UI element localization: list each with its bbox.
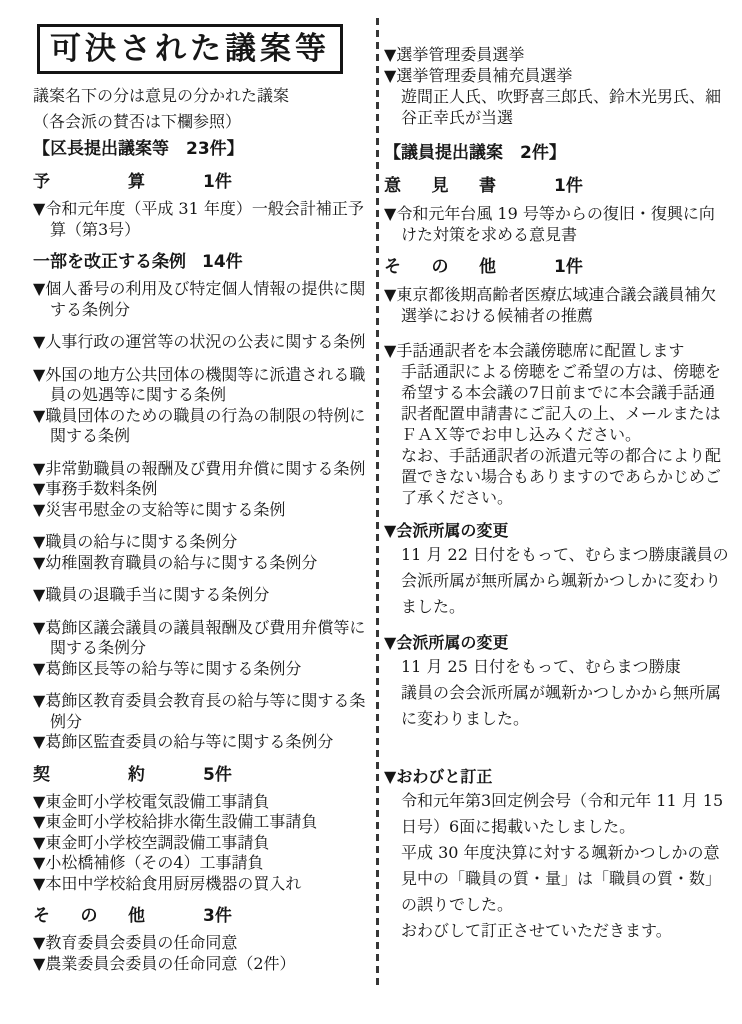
agenda-item: ▼選挙管理委員選挙 [384, 44, 716, 65]
agenda-item-line-text: 東金町小学校電気設備工事請負 [45, 792, 269, 811]
item-group: ▼東京都後期高齢者医療広域連合議会議員補欠選挙における候補者の推薦 [384, 284, 716, 326]
item-group: ▼非常勤職員の報酬及び費用弁償に関する条例▼事務手数料条例▼災害弔慰金の支給等に… [33, 459, 355, 521]
notice-body-line: 了承ください。 [384, 487, 716, 508]
triangle-marker-icon: ▼ [33, 479, 45, 498]
triangle-marker-icon: ▼ [33, 659, 45, 678]
triangle-marker-icon: ▼ [384, 285, 396, 304]
agenda-item-line-text: 職員の退職手当に関する条例分 [45, 585, 269, 604]
bracket-header: 【議員提出議案 2件】 [384, 142, 716, 164]
triangle-marker-icon: ▼ [33, 853, 45, 872]
section-label-char: そ [33, 906, 50, 927]
section-count: 14件 [202, 252, 243, 273]
triangle-marker-icon: ▼ [33, 812, 45, 831]
section-label-char: 他 [128, 906, 145, 927]
note-header-text: 会派所属の変更 [396, 633, 508, 652]
agenda-item-line-text: 災害弔慰金の支給等に関する条例 [45, 500, 285, 519]
note-body-line: 日号）6面に掲載いたしました。 [384, 814, 716, 840]
agenda-item-line-text: 東金町小学校空調設備工事請負 [45, 833, 269, 852]
agenda-item-line: 谷正幸氏が当選 [384, 107, 716, 128]
notice-title-text: 手話通訳者を本会議傍聴席に配置します [396, 341, 684, 360]
agenda-item: ▼教育委員会委員の任命同意 [33, 933, 355, 954]
section-label: その他 [384, 257, 496, 278]
bracket-header-mayor-bills: 【区長提出議案等 23件】 [33, 138, 355, 160]
agenda-item-line-text: 選挙管理委員補充員選挙 [396, 66, 572, 85]
agenda-item-line-text: 本田中学校給食用厨房機器の買入れ [45, 874, 301, 893]
note-body-line: 平成 30 年度決算に対する颯新かつしかの意 [384, 840, 716, 866]
agenda-item-line: ▼小松橋補修（その4）工事請負 [33, 853, 355, 874]
triangle-marker-icon: ▼ [33, 500, 45, 519]
section-label-char: 書 [479, 176, 496, 197]
item-group: ▼令和元年台風 19 号等からの復旧・復興に向けた対策を求める意見書 [384, 203, 716, 245]
item-group: ▼職員の退職手当に関する条例分 [33, 585, 355, 606]
item-group: ▼葛飾区教育委員会教育長の給与等に関する条例分▼葛飾区監査委員の給与等に関する条… [33, 691, 355, 753]
section-header: 予算1件 [33, 172, 355, 193]
triangle-marker-icon: ▼ [33, 459, 45, 478]
agenda-item-line-text: 選挙管理委員選挙 [396, 45, 524, 64]
agenda-item-line-text: 幼稚園教育職員の給与に関する条例分 [45, 553, 317, 572]
section-label-char: 約 [128, 765, 145, 786]
triangle-marker-icon: ▼ [33, 585, 45, 604]
agenda-item-line-text: 農業委員会委員の任命同意（2件） [45, 954, 295, 973]
agenda-item: ▼幼稚園教育職員の給与に関する条例分 [33, 553, 355, 574]
note-header: ▼会派所属の変更 [384, 632, 716, 654]
agenda-item: ▼葛飾区監査委員の給与等に関する条例分 [33, 732, 355, 753]
item-group: ▼葛飾区議会議員の議員報酬及び費用弁償等に関する条例分▼葛飾区長等の給与等に関す… [33, 618, 355, 680]
agenda-item-line-text: 葛飾区監査委員の給与等に関する条例分 [45, 732, 333, 751]
agenda-item-line-text: 人事行政の運営等の状況の公表に関する条例 [45, 332, 365, 351]
agenda-item: ▼職員の退職手当に関する条例分 [33, 585, 355, 606]
section-label: 意見書 [384, 176, 496, 197]
agenda-item-line: ▼東京都後期高齢者医療広域連合議会議員補欠 [384, 284, 716, 305]
note-body-line: 令和元年第3回定例会号（令和元年 11 月 15 [384, 788, 716, 814]
agenda-item: ▼事務手数料条例 [33, 479, 355, 500]
agenda-item: ▼葛飾区教育委員会教育長の給与等に関する条例分 [33, 691, 355, 732]
item-group: ▼選挙管理委員選挙▼選挙管理委員補充員選挙遊間正人氏、吹野喜三郎氏、鈴木光男氏、… [384, 44, 716, 128]
note-body-line: に変わりました。 [384, 706, 716, 732]
triangle-marker-icon: ▼ [33, 279, 45, 298]
agenda-item-line: ▼事務手数料条例 [33, 479, 355, 500]
section-label-char: 算 [128, 172, 145, 193]
section-label-char: 見 [432, 176, 449, 197]
triangle-marker-icon: ▼ [384, 521, 396, 540]
page-title: 可決された議案等 [37, 24, 343, 74]
section-label-char: の [432, 257, 449, 278]
agenda-item: ▼東金町小学校給排水衛生設備工事請負 [33, 812, 355, 833]
item-group: ▼職員の給与に関する条例分▼幼稚園教育職員の給与に関する条例分 [33, 532, 355, 573]
triangle-marker-icon: ▼ [33, 732, 45, 751]
agenda-item-line: 遊間正人氏、吹野喜三郎氏、鈴木光男氏、細 [384, 86, 716, 107]
note-header: ▼会派所属の変更 [384, 520, 716, 542]
agenda-item-line: 選挙における候補者の推薦 [384, 305, 716, 326]
agenda-item-line: 関する条例分 [33, 638, 355, 659]
agenda-item-line-text: 小松橋補修（その4）工事請負 [45, 853, 263, 872]
agenda-item-line-text: 教育委員会委員の任命同意 [45, 933, 237, 952]
section-label: 予算 [33, 172, 145, 193]
agenda-item-line: ▼選挙管理委員補充員選挙 [384, 65, 716, 86]
section-label: 契約 [33, 765, 145, 786]
triangle-marker-icon: ▼ [384, 45, 396, 64]
triangle-marker-icon: ▼ [33, 874, 45, 893]
agenda-item-line-text: 職員の給与に関する条例分 [45, 532, 237, 551]
section-label-char: の [81, 906, 98, 927]
agenda-item-line: ▼農業委員会委員の任命同意（2件） [33, 954, 355, 975]
agenda-item-line: ▼個人番号の利用及び特定個人情報の提供に関 [33, 279, 355, 300]
notice-body-line: なお、手話通訳者の派遣元等の都合により配 [384, 445, 716, 466]
item-group: ▼教育委員会委員の任命同意▼農業委員会委員の任命同意（2件） [33, 933, 355, 974]
notice-body-line: 手話通訳による傍聴をご希望の方は、傍聴を [384, 361, 716, 382]
note-block: ▼会派所属の変更11 月 22 日付をもって、むらまつ勝康議員の会派所属が無所属… [384, 520, 716, 620]
note-body-line: ました。 [384, 594, 716, 620]
triangle-marker-icon: ▼ [33, 332, 45, 351]
triangle-marker-icon: ▼ [384, 341, 396, 360]
agenda-item: ▼東京都後期高齢者医療広域連合議会議員補欠選挙における候補者の推薦 [384, 284, 716, 326]
section-count: 1件 [554, 257, 583, 278]
agenda-item: ▼非常勤職員の報酬及び費用弁償に関する条例 [33, 459, 355, 480]
note-body-line: の誤りでした。 [384, 892, 716, 918]
agenda-item-line-text: 葛飾区教育委員会教育長の給与等に関する条 [45, 691, 365, 710]
agenda-item: ▼農業委員会委員の任命同意（2件） [33, 954, 355, 975]
note-block: ▼おわびと訂正令和元年第3回定例会号（令和元年 11 月 15日号）6面に掲載い… [384, 766, 716, 944]
agenda-item-line: ▼非常勤職員の報酬及び費用弁償に関する条例 [33, 459, 355, 480]
triangle-marker-icon: ▼ [384, 767, 396, 786]
agenda-item-line-text: 令和元年台風 19 号等からの復旧・復興に向 [396, 204, 715, 223]
triangle-marker-icon: ▼ [33, 199, 45, 218]
agenda-item-line: ▼幼稚園教育職員の給与に関する条例分 [33, 553, 355, 574]
triangle-marker-icon: ▼ [33, 618, 45, 637]
agenda-item: ▼個人番号の利用及び特定個人情報の提供に関する条例分 [33, 279, 355, 320]
agenda-item-line-text: 葛飾区議会議員の議員報酬及び費用弁償等に [45, 618, 365, 637]
triangle-marker-icon: ▼ [384, 204, 396, 223]
agenda-item-line-text: 東京都後期高齢者医療広域連合議会議員補欠 [396, 285, 716, 304]
agenda-item-line: 算（第3号） [33, 220, 355, 241]
agenda-item: ▼選挙管理委員補充員選挙遊間正人氏、吹野喜三郎氏、鈴木光男氏、細谷正幸氏が当選 [384, 65, 716, 128]
triangle-marker-icon: ▼ [33, 833, 45, 852]
section-count: 1件 [203, 172, 232, 193]
notice-body-line: ＦＡＸ等でお申し込みください。 [384, 424, 716, 445]
triangle-marker-icon: ▼ [384, 66, 396, 85]
section-count: 5件 [203, 765, 232, 786]
left-column: 可決された議案等 議案名下の分は意見の分かれた議案 （各会派の賛否は下欄参照） … [33, 24, 355, 974]
agenda-item-line: ▼人事行政の運営等の状況の公表に関する条例 [33, 332, 355, 353]
agenda-item: ▼小松橋補修（その4）工事請負 [33, 853, 355, 874]
subtitle-line-1: 議案名下の分は意見の分かれた議案 [33, 83, 355, 109]
notice-block: ▼手話通訳者を本会議傍聴席に配置します手話通訳による傍聴をご希望の方は、傍聴を希… [384, 340, 716, 508]
notice-body-line: 訳者配置申請書にご記入の上、メールまたは [384, 403, 716, 424]
agenda-item-line: ▼東金町小学校給排水衛生設備工事請負 [33, 812, 355, 833]
newsletter-page: 可決された議案等 議案名下の分は意見の分かれた議案 （各会派の賛否は下欄参照） … [0, 0, 742, 1024]
agenda-item-line: ▼葛飾区監査委員の給与等に関する条例分 [33, 732, 355, 753]
agenda-item: ▼職員団体のための職員の行為の制限の特例に関する条例 [33, 406, 355, 447]
section-header: 意見書1件 [384, 176, 716, 197]
agenda-item: ▼東金町小学校電気設備工事請負 [33, 792, 355, 813]
section-label: 一部を改正する条例 [33, 252, 186, 273]
agenda-item: ▼令和元年台風 19 号等からの復旧・復興に向けた対策を求める意見書 [384, 203, 716, 245]
agenda-item: ▼令和元年度（平成 31 年度）一般会計補正予算（第3号） [33, 199, 355, 240]
agenda-item-line: ▼職員の退職手当に関する条例分 [33, 585, 355, 606]
agenda-item-line: ▼職員の給与に関する条例分 [33, 532, 355, 553]
agenda-item-line-text: 非常勤職員の報酬及び費用弁償に関する条例 [45, 459, 365, 478]
section-label-char: そ [384, 257, 401, 278]
triangle-marker-icon: ▼ [384, 633, 396, 652]
agenda-item-line: ▼職員団体のための職員の行為の制限の特例に [33, 406, 355, 427]
section-label-char: 予 [33, 172, 50, 193]
agenda-item-line: ▼葛飾区教育委員会教育長の給与等に関する条 [33, 691, 355, 712]
section-label-char: 意 [384, 176, 401, 197]
section-label-char: 契 [33, 765, 50, 786]
agenda-item-line: ▼外国の地方公共団体の機関等に派遣される職 [33, 365, 355, 386]
note-body-line: 見中の「職員の質・量」は「職員の質・数」 [384, 866, 716, 892]
agenda-item: ▼災害弔慰金の支給等に関する条例 [33, 500, 355, 521]
note-body-line: 会派所属が無所属から颯新かつしかに変わり [384, 568, 716, 594]
agenda-item-line-text: 令和元年度（平成 31 年度）一般会計補正予 [45, 199, 364, 218]
notice-body-line: 希望する本会議の7日前までに本会議手話通 [384, 382, 716, 403]
note-body-line: 11 月 22 日付をもって、むらまつ勝康議員の [384, 542, 716, 568]
agenda-item-line: ▼東金町小学校電気設備工事請負 [33, 792, 355, 813]
agenda-item: ▼人事行政の運営等の状況の公表に関する条例 [33, 332, 355, 353]
triangle-marker-icon: ▼ [33, 365, 45, 384]
item-group: ▼人事行政の運営等の状況の公表に関する条例 [33, 332, 355, 353]
agenda-item-line: ▼令和元年度（平成 31 年度）一般会計補正予 [33, 199, 355, 220]
agenda-item-line-text: 個人番号の利用及び特定個人情報の提供に関 [45, 279, 365, 298]
note-header-text: おわびと訂正 [396, 767, 492, 786]
agenda-item-line: ▼東金町小学校空調設備工事請負 [33, 833, 355, 854]
agenda-item: ▼葛飾区議会議員の議員報酬及び費用弁償等に関する条例分 [33, 618, 355, 659]
agenda-item-line: ▼教育委員会委員の任命同意 [33, 933, 355, 954]
section-label: その他 [33, 906, 145, 927]
section-header: その他3件 [33, 906, 355, 927]
right-column: ▼選挙管理委員選挙▼選挙管理委員補充員選挙遊間正人氏、吹野喜三郎氏、鈴木光男氏、… [384, 44, 716, 944]
agenda-item-line: する条例分 [33, 300, 355, 321]
triangle-marker-icon: ▼ [33, 532, 45, 551]
agenda-item-line: 関する条例 [33, 426, 355, 447]
agenda-item: ▼職員の給与に関する条例分 [33, 532, 355, 553]
agenda-item-line: ▼選挙管理委員選挙 [384, 44, 716, 65]
triangle-marker-icon: ▼ [33, 406, 45, 425]
agenda-item: ▼東金町小学校空調設備工事請負 [33, 833, 355, 854]
note-body-line: 議員の会会派所属が颯新かつしかから無所属 [384, 680, 716, 706]
note-body-line: 11 月 25 日付をもって、むらまつ勝康 [384, 654, 716, 680]
agenda-item: ▼外国の地方公共団体の機関等に派遣される職員の処遇等に関する条例 [33, 365, 355, 406]
triangle-marker-icon: ▼ [33, 792, 45, 811]
section-header: その他1件 [384, 257, 716, 278]
subtitle-line-2: （各会派の賛否は下欄参照） [33, 109, 355, 135]
note-header: ▼おわびと訂正 [384, 766, 716, 788]
notice-title: ▼手話通訳者を本会議傍聴席に配置します [384, 340, 716, 361]
agenda-item: ▼葛飾区長等の給与等に関する条例分 [33, 659, 355, 680]
agenda-item-line: ▼令和元年台風 19 号等からの復旧・復興に向 [384, 203, 716, 224]
agenda-item-line: 例分 [33, 712, 355, 733]
agenda-item-line-text: 東金町小学校給排水衛生設備工事請負 [45, 812, 317, 831]
note-body-line: おわびして訂正させていただきます。 [384, 918, 716, 944]
triangle-marker-icon: ▼ [33, 933, 45, 952]
agenda-item-line-text: 葛飾区長等の給与等に関する条例分 [45, 659, 301, 678]
agenda-item-line: ▼本田中学校給食用厨房機器の買入れ [33, 874, 355, 895]
triangle-marker-icon: ▼ [33, 691, 45, 710]
column-divider [376, 18, 379, 990]
section-count: 1件 [554, 176, 583, 197]
item-group: ▼外国の地方公共団体の機関等に派遣される職員の処遇等に関する条例▼職員団体のため… [33, 365, 355, 447]
agenda-item-line: けた対策を求める意見書 [384, 224, 716, 245]
agenda-item-line-text: 外国の地方公共団体の機関等に派遣される職 [45, 365, 365, 384]
item-group: ▼個人番号の利用及び特定個人情報の提供に関する条例分 [33, 279, 355, 320]
item-group: ▼東金町小学校電気設備工事請負▼東金町小学校給排水衛生設備工事請負▼東金町小学校… [33, 792, 355, 895]
agenda-item: ▼本田中学校給食用厨房機器の買入れ [33, 874, 355, 895]
agenda-item-line-text: 職員団体のための職員の行為の制限の特例に [45, 406, 365, 425]
section-header: 一部を改正する条例14件 [33, 252, 355, 273]
section-label-char: 他 [479, 257, 496, 278]
agenda-item-line-text: 事務手数料条例 [45, 479, 157, 498]
section-header: 契約5件 [33, 765, 355, 786]
note-header-text: 会派所属の変更 [396, 521, 508, 540]
section-count: 3件 [203, 906, 232, 927]
triangle-marker-icon: ▼ [33, 553, 45, 572]
agenda-item-line: ▼葛飾区長等の給与等に関する条例分 [33, 659, 355, 680]
note-block: ▼会派所属の変更11 月 25 日付をもって、むらまつ勝康議員の会会派所属が颯新… [384, 632, 716, 732]
agenda-item-line: ▼葛飾区議会議員の議員報酬及び費用弁償等に [33, 618, 355, 639]
agenda-item-line: ▼災害弔慰金の支給等に関する条例 [33, 500, 355, 521]
left-blocks: 予算1件▼令和元年度（平成 31 年度）一般会計補正予算（第3号）一部を改正する… [33, 172, 355, 974]
triangle-marker-icon: ▼ [33, 954, 45, 973]
notice-body-line: 置できない場合もありますのであらかじめご [384, 466, 716, 487]
agenda-item-line: 員の処遇等に関する条例 [33, 385, 355, 406]
item-group: ▼令和元年度（平成 31 年度）一般会計補正予算（第3号） [33, 199, 355, 240]
